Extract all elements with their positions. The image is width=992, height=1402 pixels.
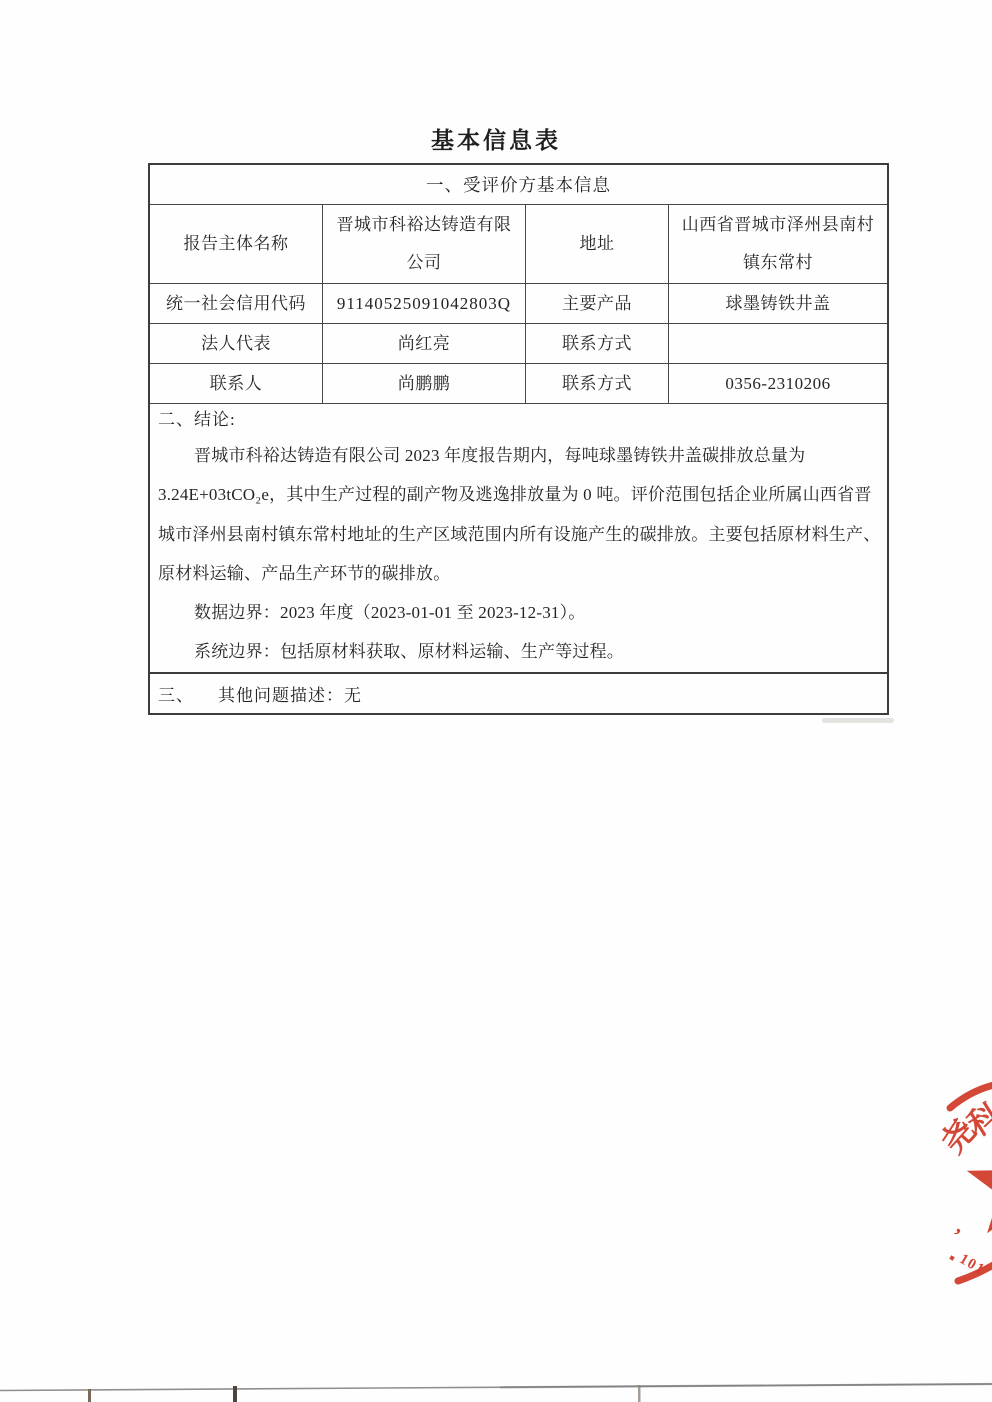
conclusion-line-4: 原材料运输、产品生产环节的碳排放。 [158,554,879,593]
row2-value2: 球墨铸铁井盖 [669,284,887,324]
row1-value2-line1: 山西省晋城市泽州县南村 [682,206,875,244]
row1-value1: 晋城市科裕达铸造有限 公司 [323,205,526,284]
row2-label2-text: 主要产品 [562,285,632,323]
conclusion-line-2: 3.24E+03tCO₂e，其中生产过程的副产物及逃逸排放量为 0 吨。评价范围… [158,475,879,514]
conclusion-heading: 二、结论: [158,409,879,431]
scan-tick-3 [638,1385,641,1402]
row3-value1: 尚红亮 [323,324,526,364]
red-seal-stamp: 尧 科 ’ 101 [892,1082,992,1292]
row1-value1-line2: 公司 [407,244,442,282]
row4-label2: 联系方式 [526,364,669,404]
credit-code-value: 91140525091042803Q [337,285,511,323]
basic-info-table: 一、受评价方基本信息 报告主体名称 晋城市科裕达铸造有限 公司 地址 山西省晋城… [148,163,889,715]
bottom-scan-edge-line [0,1378,992,1402]
legal-rep-value: 尚红亮 [398,325,451,363]
conclusion-line-3: 城市泽州县南村镇东常村地址的生产区域范围内所有设施产生的碳排放。主要包括原材料生… [158,515,879,554]
row1-value1-line1: 晋城市科裕达铸造有限 [337,206,512,244]
row1-value2: 山西省晋城市泽州县南村 镇东常村 [669,205,887,284]
row1-label2: 地址 [526,205,669,284]
system-boundary-line: 系统边界：包括原材料获取、原材料运输、生产等过程。 [158,632,879,671]
data-boundary-line: 数据边界：2023 年度（2023-01-01 至 2023-12-31）。 [158,593,879,632]
row3-label1-text: 法人代表 [201,325,271,363]
row4-label1: 联系人 [150,364,323,404]
row2-label1-text: 统一社会信用代码 [166,285,306,323]
row1-label2-text: 地址 [580,225,615,263]
row4-value2: 0356-2310206 [669,364,887,404]
other-issues-section: 三、 其他问题描述：无 [150,672,887,713]
row4-label2-text: 联系方式 [562,365,632,403]
row4-label1-text: 联系人 [210,365,263,403]
row1-label1: 报告主体名称 [150,205,323,284]
stamp-tick-mark: ’ [947,1223,965,1249]
row4-value1: 尚鹏鹏 [323,364,526,404]
row2-label1: 统一社会信用代码 [150,284,323,324]
section1-grid: 报告主体名称 晋城市科裕达铸造有限 公司 地址 山西省晋城市泽州县南村 镇东常村… [150,205,887,404]
conclusion-line-1: 晋城市科裕达铸造有限公司 2023 年度报告期内，每吨球墨铸铁井盖碳排放总量为 [158,436,879,475]
scan-edge-line-thick [500,1384,992,1387]
main-product-value: 球墨铸铁井盖 [726,285,831,323]
other-issues-text: 其他问题描述：无 [218,681,362,706]
row3-label2: 联系方式 [526,324,669,364]
row1-value2-line2: 镇东常村 [743,244,813,282]
row3-label1: 法人代表 [150,324,323,364]
scan-tick-2 [233,1386,237,1402]
conclusion-section: 二、结论: 晋城市科裕达铸造有限公司 2023 年度报告期内，每吨球墨铸铁井盖碳… [150,404,887,672]
stamp-dot [949,1255,954,1260]
scan-smudge-artifact [822,718,894,723]
conclusion-paragraph: 晋城市科裕达铸造有限公司 2023 年度报告期内，每吨球墨铸铁井盖碳排放总量为 … [158,436,879,672]
section1-header: 一、受评价方基本信息 [150,165,887,205]
other-issues-number: 三、 [158,681,194,706]
scan-tick-1 [88,1389,91,1402]
row1-label1-text: 报告主体名称 [184,225,289,263]
row2-value1: 91140525091042803Q [323,284,526,324]
row3-value2 [669,324,887,364]
row2-label2: 主要产品 [526,284,669,324]
phone-number-value: 0356-2310206 [725,365,830,403]
scanned-document-page: 基本信息表 一、受评价方基本信息 报告主体名称 晋城市科裕达铸造有限 公司 地址… [0,0,992,1402]
row3-label2-text: 联系方式 [562,325,632,363]
contact-person-value: 尚鹏鹏 [398,365,451,403]
page-title: 基本信息表 [0,122,992,155]
